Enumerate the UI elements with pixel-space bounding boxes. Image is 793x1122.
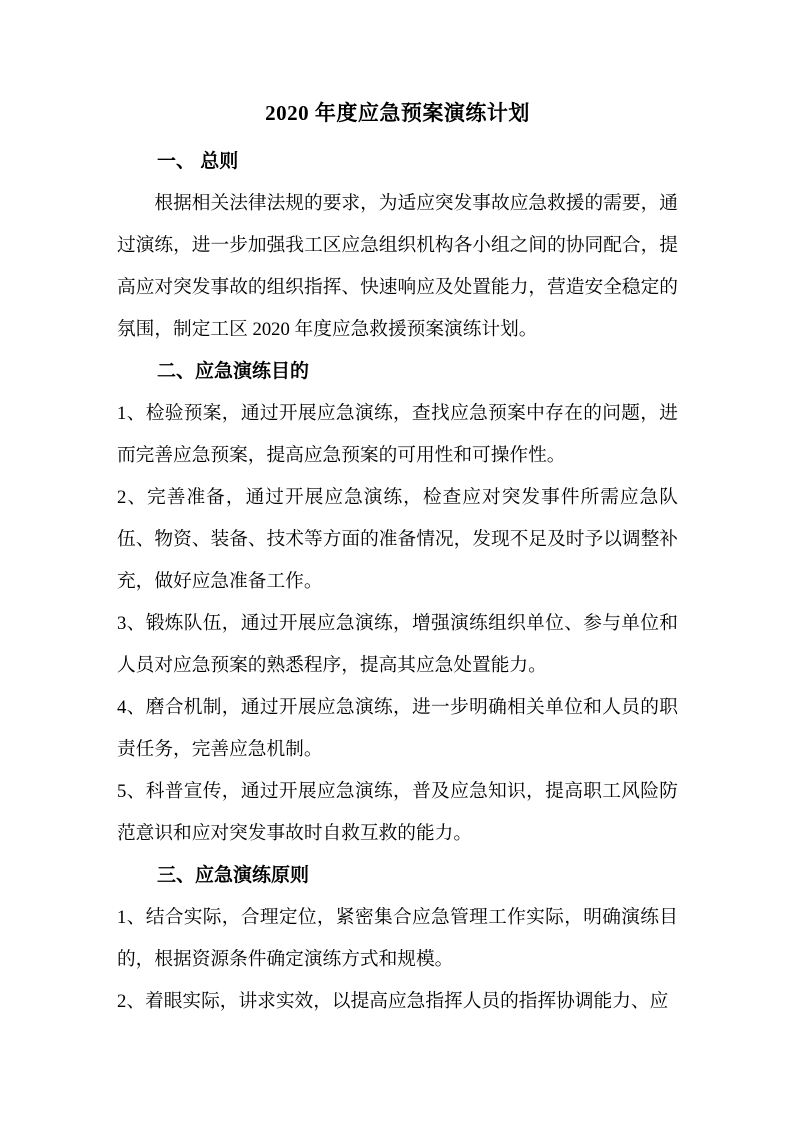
paragraph-purpose-item-5: 5、科普宣传，通过开展应急演练，普及应急知识，提高职工风险防范意识和应对突发事故… [117,771,678,855]
paragraph-purpose-item-3: 3、锻炼队伍，通过开展应急演练，增强演练组织单位、参与单位和人员对应急预案的熟悉… [117,603,678,687]
paragraph-purpose-item-1: 1、检验预案，通过开展应急演练，查找应急预案中存在的问题，进而完善应急预案，提高… [117,393,678,477]
section-heading-general-rules: 一、 总则 [117,141,678,183]
section-heading-drill-purpose: 二、应急演练目的 [117,351,678,393]
document-title: 2020 年度应急预案演练计划 [117,96,678,130]
section-heading-drill-principles: 三、应急演练原则 [117,855,678,897]
document-page: 2020 年度应急预案演练计划 一、 总则 根据相关法律法规的要求，为适应突发事… [0,0,793,1122]
paragraph-principles-item-2: 2、着眼实际，讲求实效，以提高应急指挥人员的指挥协调能力、应 [117,981,678,1023]
paragraph-purpose-item-2: 2、完善准备，通过开展应急演练，检查应对突发事件所需应急队伍、物资、装备、技术等… [117,477,678,603]
paragraph-general-rules: 根据相关法律法规的要求，为适应突发事故应急救援的需要，通过演练，进一步加强我工区… [117,183,678,351]
paragraph-principles-item-1: 1、结合实际，合理定位，紧密集合应急管理工作实际，明确演练目的，根据资源条件确定… [117,897,678,981]
paragraph-purpose-item-4: 4、磨合机制，通过开展应急演练，进一步明确相关单位和人员的职责任务，完善应急机制… [117,687,678,771]
